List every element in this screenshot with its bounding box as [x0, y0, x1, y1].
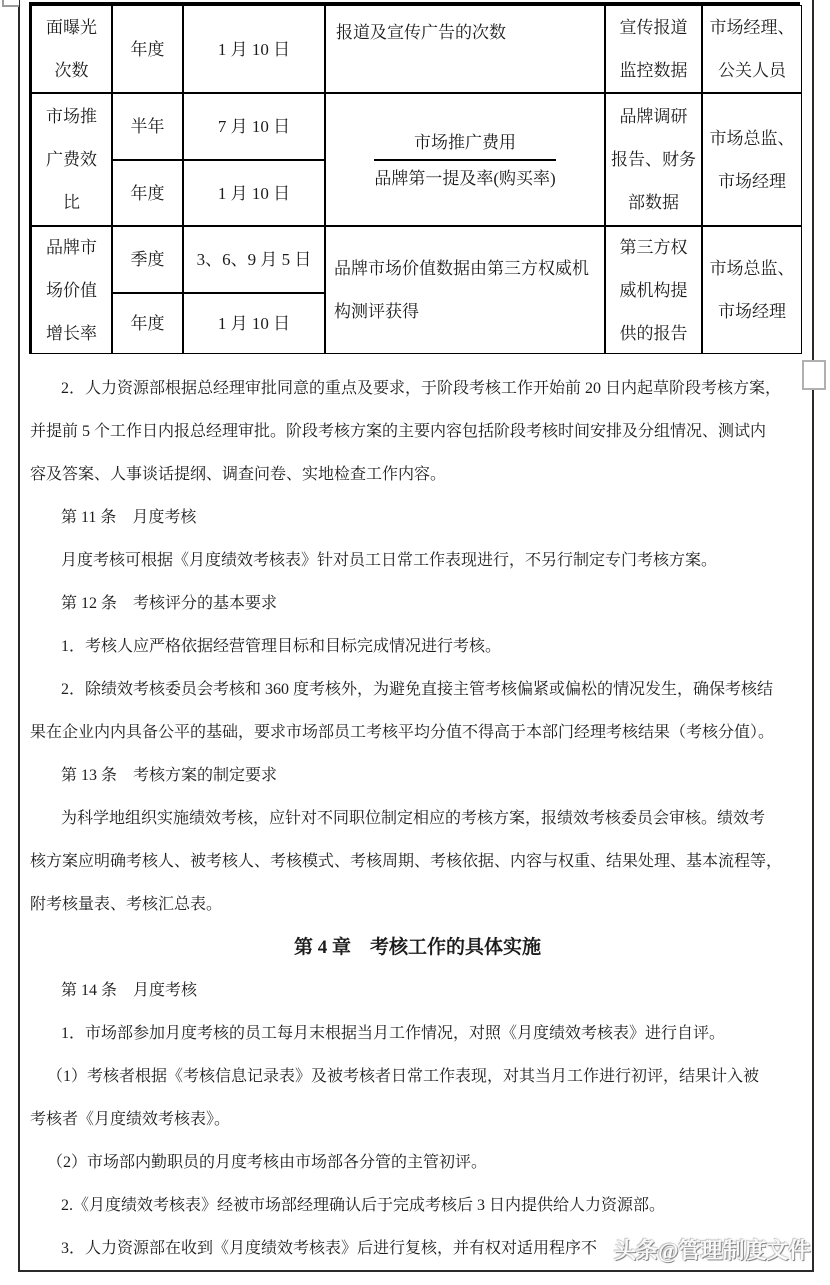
clause-heading: 第 11 条 月度考核 [30, 496, 805, 539]
table-cell-source: 品牌调研 报告、财务 部数据 [605, 93, 702, 226]
body-line: （1）考核者根据《考核信息记录表》及被考核者日常工作表现，对其当月工作进行初评，… [30, 1055, 805, 1098]
table-cell-indicator: 品牌市 场价值 增长率 [31, 226, 112, 354]
table-cell-indicator: 面曝光 次数 [31, 5, 112, 93]
clause-heading: 第 13 条 考核方案的制定要求 [30, 754, 805, 797]
table-cell-cycle: 季度 [112, 226, 183, 293]
table-cell-formula: 市场推广费用 品牌第一提及率(购买率) [325, 93, 605, 226]
watermark: 头条@管理制度文件 [614, 1234, 814, 1265]
body-line: 考核者《月度绩效考核表》。 [30, 1098, 805, 1141]
kpi-table: 面曝光 次数 年度 1 月 10 日 报道及宣传广告的次数 宣传报道 监控数据 … [29, 2, 800, 354]
body-line: 附考核量表、考核汇总表。 [30, 883, 805, 926]
table-cell-date: 7 月 10 日 [183, 93, 325, 160]
table-cell-date: 1 月 10 日 [183, 293, 325, 354]
page-border-bottom [18, 1270, 814, 1272]
body-line: 核方案应明确考核人、被考核人、考核模式、考核周期、考核依据、内容与权重、结果处理… [30, 840, 805, 883]
body-line: 2．人力资源部根据总经理审批同意的重点及要求，于阶段考核工作开始前 20 日内起… [30, 367, 805, 410]
table-cell-date: 3、6、9 月 5 日 [183, 226, 325, 293]
formula-numerator: 市场推广费用 [374, 125, 555, 161]
chapter-heading: 第 4 章 考核工作的具体实施 [30, 926, 805, 969]
table-cell-date: 1 月 10 日 [183, 5, 325, 93]
clause-heading: 第 12 条 考核评分的基本要求 [30, 582, 805, 625]
table-cell-source: 第三方权 威机构提 供的报告 [605, 226, 702, 354]
table-cell-indicator: 市场推 广费效 比 [31, 93, 112, 226]
table-cell-cycle: 年度 [112, 160, 183, 226]
body-line: 1．考核人应严格依据经营管理目标和目标完成情况进行考核。 [30, 625, 805, 668]
selection-handle [802, 360, 826, 390]
table-cell-date: 1 月 10 日 [183, 160, 325, 226]
table-cell-cycle: 年度 [112, 293, 183, 354]
body-line: 容及答案、人事谈话提纲、调查问卷、实地检查工作内容。 [30, 453, 805, 496]
body-line: （2）市场部内勤职员的月度考核由市场部各分管的主管初评。 [30, 1141, 805, 1184]
table-cell-cycle: 年度 [112, 5, 183, 93]
body-line: 2．除绩效考核委员会考核和 360 度考核外，为避免直接主管考核偏紧或偏松的情况… [30, 668, 805, 711]
page-border-left [18, 0, 20, 1272]
formula-fraction: 市场推广费用 品牌第一提及率(购买率) [374, 125, 555, 195]
body-line: 为科学地组织实施绩效考核，应针对不同职位制定相应的考核方案，报绩效考核委员会审核… [30, 797, 805, 840]
table-row-remnant [2, 0, 19, 7]
body-line: 果在企业内内具备公平的基础，要求市场部员工考核平均分值不得高于本部门经理考核结果… [30, 711, 805, 754]
table-cell-description: 报道及宣传广告的次数 [325, 5, 605, 93]
body-line: 月度考核可根据《月度绩效考核表》针对员工日常工作表现进行，不另行制定专门考核方案… [30, 539, 805, 582]
table-cell-description: 品牌市场价值数据由第三方权威机 构测评获得 [325, 226, 605, 354]
table-cell-cycle: 半年 [112, 93, 183, 160]
table-cell-owner: 市场总监、 市场经理 [702, 93, 802, 226]
page-border-right [812, 0, 814, 1272]
body-line: 1．市场部参加月度考核的员工每月末根据当月工作情况，对照《月度绩效考核表》进行自… [30, 1012, 805, 1055]
body-line: 并提前 5 个工作日内报总经理审批。阶段考核方案的主要内容包括阶段考核时间安排及… [30, 410, 805, 453]
table-cell-owner: 市场经理、 公关人员 [702, 5, 802, 93]
table-cell-source: 宣传报道 监控数据 [605, 5, 702, 93]
clause-heading: 第 14 条 月度考核 [30, 969, 805, 1012]
formula-denominator: 品牌第一提及率(购买率) [374, 161, 555, 195]
table-cell-owner: 市场总监、 市场经理 [702, 226, 802, 354]
document-body: 2．人力资源部根据总经理审批同意的重点及要求，于阶段考核工作开始前 20 日内起… [30, 367, 805, 1270]
body-line: 2.《月度绩效考核表》经被市场部经理确认后于完成考核后 3 日内提供给人力资源部… [30, 1184, 805, 1227]
